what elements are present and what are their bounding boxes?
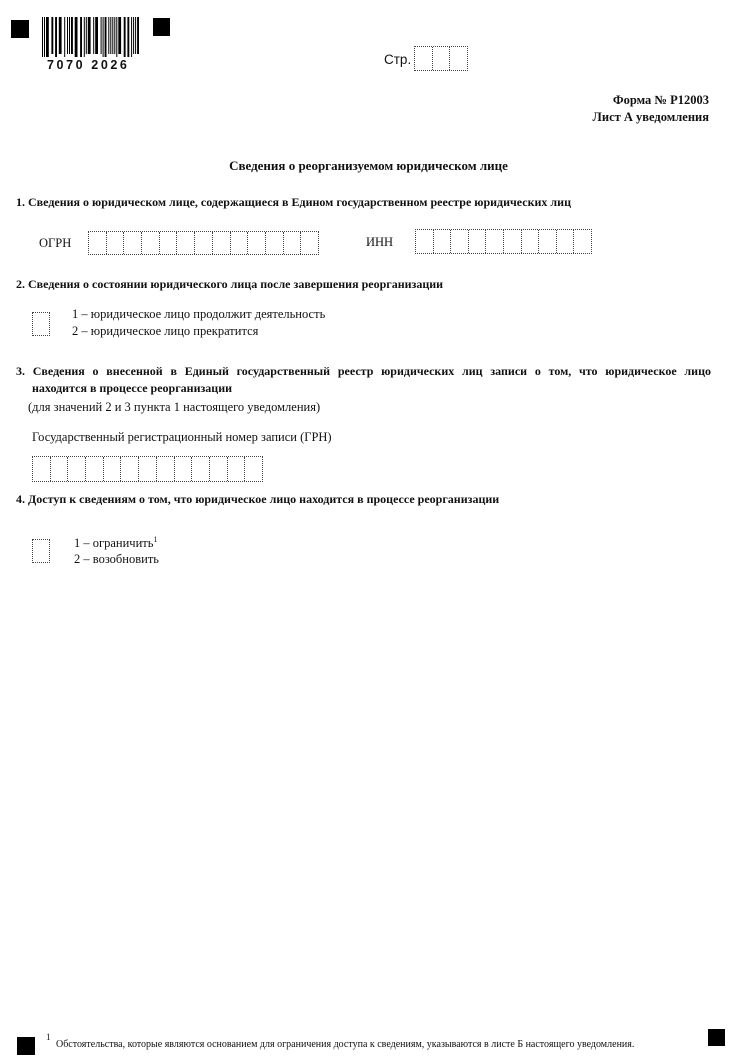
grn-cell[interactable] [139, 457, 157, 481]
inn-cell[interactable] [504, 230, 522, 253]
ogrn-cell[interactable] [107, 232, 125, 254]
status-option-1: 1 – юридическое лицо продолжит деятельно… [72, 307, 325, 322]
grn-cell[interactable] [210, 457, 228, 481]
grn-cell[interactable] [121, 457, 139, 481]
grn-cell[interactable] [157, 457, 175, 481]
ogrn-cell[interactable] [89, 232, 107, 254]
registration-marker-bottom-left [17, 1037, 35, 1055]
grn-label: Государственный регистрационный номер за… [32, 430, 332, 445]
page-title: Сведения о реорганизуемом юридическом ли… [0, 158, 737, 174]
section-4-heading: 4. Доступ к сведениям о том, что юридиче… [16, 492, 499, 507]
section-3-note: (для значений 2 и 3 пункта 1 настоящего … [28, 400, 320, 415]
reorganization-status-checkbox[interactable] [32, 312, 50, 336]
ogrn-cell[interactable] [177, 232, 195, 254]
grn-cell[interactable] [245, 457, 262, 481]
grn-cell[interactable] [51, 457, 69, 481]
ogrn-cell[interactable] [266, 232, 284, 254]
sheet-label: Лист А уведомления [593, 110, 709, 125]
inn-cell[interactable] [522, 230, 540, 253]
registration-marker-bottom-right [708, 1029, 725, 1046]
ogrn-cell[interactable] [284, 232, 302, 254]
inn-field[interactable] [415, 229, 592, 254]
section-1-heading: 1. Сведения о юридическом лице, содержащ… [16, 195, 571, 210]
ogrn-cell[interactable] [160, 232, 178, 254]
registration-marker-top-left [11, 20, 29, 38]
inn-cell[interactable] [539, 230, 557, 253]
form-number: Форма № Р12003 [613, 93, 709, 108]
registration-marker-top-right [153, 18, 170, 36]
inn-cell[interactable] [451, 230, 469, 253]
ogrn-cell[interactable] [124, 232, 142, 254]
inn-cell[interactable] [469, 230, 487, 253]
section-2-heading: 2. Сведения о состоянии юридического лиц… [16, 277, 443, 292]
footnote-mark: 1 [46, 1032, 51, 1042]
status-option-2: 2 – юридическое лицо прекратится [72, 324, 258, 339]
inn-cell[interactable] [416, 230, 434, 253]
page-label: Стр. [384, 52, 411, 67]
ogrn-cell[interactable] [231, 232, 249, 254]
footnote-text: Обстоятельства, которые являются основан… [56, 1039, 634, 1050]
footnote-ref: 1 [153, 535, 157, 544]
grn-field[interactable] [32, 456, 263, 482]
grn-cell[interactable] [68, 457, 86, 481]
grn-cell[interactable] [192, 457, 210, 481]
page-number-cell[interactable] [450, 47, 467, 70]
inn-cell[interactable] [434, 230, 452, 253]
access-checkbox[interactable] [32, 539, 50, 563]
ogrn-cell[interactable] [248, 232, 266, 254]
section-3-heading: 3. Сведения о внесенной в Единый государ… [16, 364, 711, 379]
inn-cell[interactable] [557, 230, 575, 253]
ogrn-label: ОГРН [39, 236, 71, 251]
grn-cell[interactable] [86, 457, 104, 481]
ogrn-cell[interactable] [142, 232, 160, 254]
grn-cell[interactable] [228, 457, 246, 481]
ogrn-cell[interactable] [195, 232, 213, 254]
page-number-cell[interactable] [433, 47, 451, 70]
ogrn-field[interactable] [88, 231, 319, 255]
access-option-2: 2 – возобновить [74, 552, 159, 567]
grn-cell[interactable] [104, 457, 122, 481]
inn-cell[interactable] [486, 230, 504, 253]
access-option-1-label: 1 – ограничить [74, 536, 153, 550]
grn-cell[interactable] [175, 457, 193, 481]
barcode-number: 7070 2026 [47, 58, 130, 72]
ogrn-cell[interactable] [213, 232, 231, 254]
grn-cell[interactable] [33, 457, 51, 481]
ogrn-cell[interactable] [301, 232, 318, 254]
inn-label: ИНН [366, 235, 393, 250]
barcode-icon [41, 17, 141, 57]
section-3-heading-cont: находится в процессе реорганизации [32, 381, 232, 396]
access-option-1: 1 – ограничить1 [74, 535, 157, 551]
page-number-field[interactable] [414, 46, 468, 71]
inn-cell[interactable] [574, 230, 591, 253]
page-number-cell[interactable] [415, 47, 433, 70]
